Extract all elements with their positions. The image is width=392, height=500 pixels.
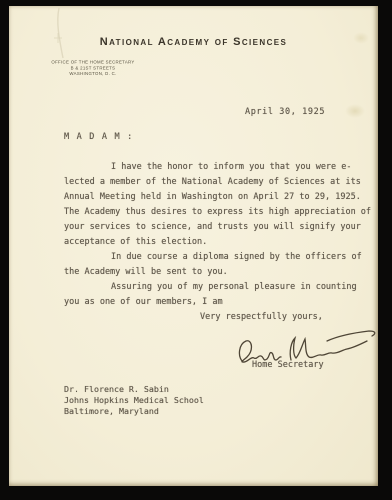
signer-title: Home Secretary: [252, 360, 324, 370]
recipient-line: Baltimore, Maryland: [64, 406, 204, 417]
body-line: Assuring you of my personal pleasure in …: [64, 280, 370, 295]
recipient-address-block: Dr. Florence R. Sabin Johns Hopkins Medi…: [64, 384, 204, 416]
body-line: The Academy thus desires to express its …: [64, 205, 370, 220]
recipient-line: Johns Hopkins Medical School: [64, 395, 204, 406]
body-line: In due course a diploma signed by the of…: [64, 250, 370, 265]
paper-stain: [345, 104, 365, 118]
body-line: the Academy will be sent to you.: [64, 265, 370, 280]
body-line: your services to science, and trusts you…: [64, 220, 370, 235]
letterhead-office-block: OFFICE OF THE HOME SECRETARY B & 21ST ST…: [31, 60, 155, 77]
body-line: you as one of our members, I am: [64, 295, 370, 310]
body-line: lected a member of the National Academy …: [64, 175, 370, 190]
letter-date: April 30, 1925: [245, 107, 325, 117]
body-line: I have the honor to inform you that you …: [64, 160, 370, 175]
letterhead-title: National Academy of Sciences: [9, 36, 378, 48]
salutation: M A D A M :: [64, 132, 134, 142]
closing-phrase: Very respectfully yours,: [200, 312, 323, 322]
scanned-letter-page: { "page": { "border_color": "#0a0908", "…: [0, 0, 392, 500]
body-line: acceptance of this election.: [64, 235, 370, 250]
recipient-line: Dr. Florence R. Sabin: [64, 384, 204, 395]
body-line: Annual Meeting held in Washington on Apr…: [64, 190, 370, 205]
office-line: WASHINGTON, D. C.: [31, 71, 155, 77]
letter-body: I have the honor to inform you that you …: [64, 160, 370, 310]
letter-paper: National Academy of Sciences OFFICE OF T…: [9, 6, 378, 486]
